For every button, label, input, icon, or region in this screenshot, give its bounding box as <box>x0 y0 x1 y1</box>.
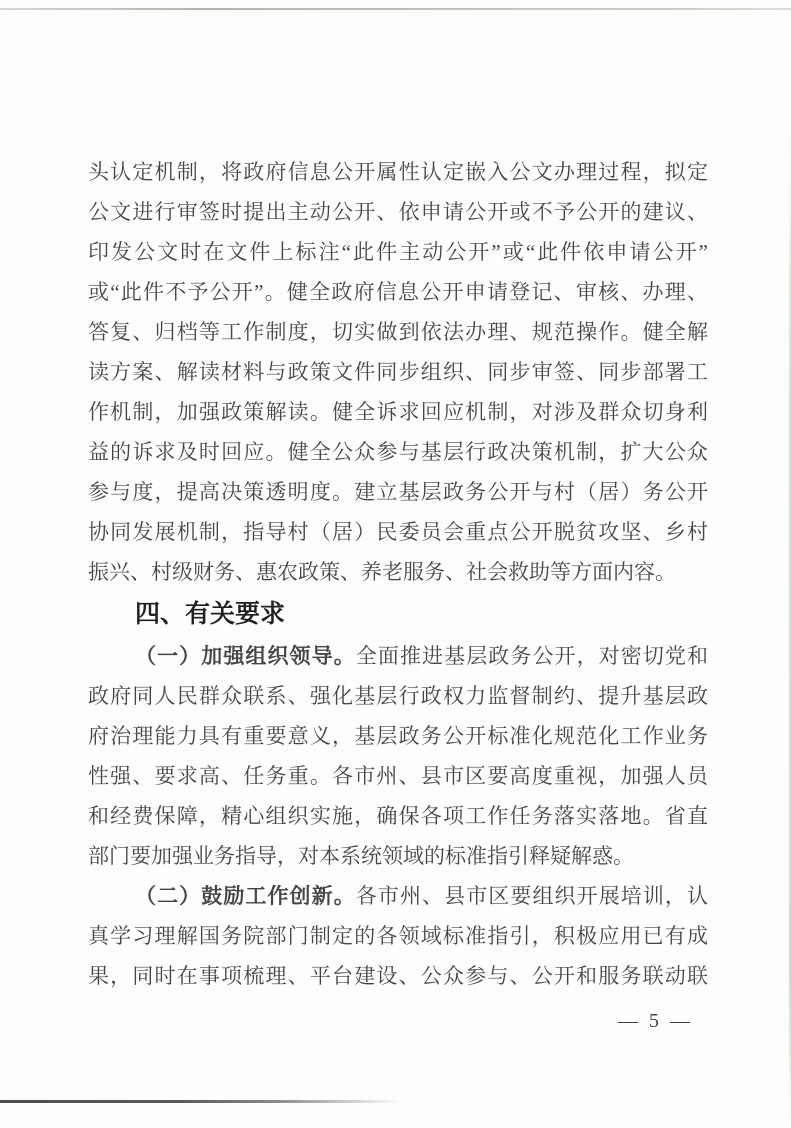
text-line: 头认定机制，将政府信息公开属性认定嵌入公文办理过程，拟定 <box>88 152 708 192</box>
text-line: 作机制，加强政策解读。健全诉求回应机制，对涉及群众切身利 <box>88 392 708 432</box>
text-line: 性强、要求高、任务重。各市州、县市区要高度重视，加强人员 <box>88 756 708 796</box>
text-line: 读方案、解读材料与政策文件同步组织、同步审签、同步部署工 <box>88 352 708 392</box>
text-line: （二）鼓励工作创新。各市州、县市区要组织开展培训，认 <box>88 876 708 916</box>
top-scan-line <box>0 8 791 10</box>
paragraph-lead: （一）加强组织领导。 <box>135 644 356 668</box>
section-heading: 四、有关要求 <box>88 594 708 634</box>
text-line: 和经费保障，精心组织实施，确保各项工作任务落实落地。省直 <box>88 796 708 836</box>
text-line: 答复、归档等工作制度，切实做到依法办理、规范操作。健全解 <box>88 312 708 352</box>
page-number: — 5 — <box>618 1006 693 1036</box>
text-line: 协同发展机制，指导村（居）民委员会重点公开脱贫攻坚、乡村 <box>88 512 708 552</box>
text-line: （一）加强组织领导。全面推进基层政务公开，对密切党和 <box>88 636 708 676</box>
text-line: 部门要加强业务指导，对本系统领域的标准指引释疑解惑。 <box>88 836 708 876</box>
document-body: 头认定机制，将政府信息公开属性认定嵌入公文办理过程，拟定 公文进行审签时提出主动… <box>88 152 708 996</box>
paragraph-text: 各市州、县市区要组织开展培训，认 <box>356 884 708 908</box>
text-line: 果，同时在事项梳理、平台建设、公众参与、公开和服务联动联 <box>88 956 708 996</box>
text-line: 益的诉求及时回应。健全公众参与基层行政决策机制，扩大公众 <box>88 432 708 472</box>
paragraph-lead: （二）鼓励工作创新。 <box>135 884 356 908</box>
text-line: 印发公文时在文件上标注“此件主动公开”或“此件依申请公开” <box>88 232 708 272</box>
paragraph-text: 全面推进基层政务公开，对密切党和 <box>356 644 708 668</box>
bottom-scan-line <box>0 1100 400 1103</box>
text-line: 或“此件不予公开”。健全政府信息公开申请登记、审核、办理、 <box>88 272 708 312</box>
scanned-document-page: 头认定机制，将政府信息公开属性认定嵌入公文办理过程，拟定 公文进行审签时提出主动… <box>0 0 791 1128</box>
text-line: 公文进行审签时提出主动公开、依申请公开或不予公开的建议、 <box>88 192 708 232</box>
text-line: 真学习理解国务院部门制定的各领域标准指引，积极应用已有成 <box>88 916 708 956</box>
text-line: 参与度，提高决策透明度。建立基层政务公开与村（居）务公开 <box>88 472 708 512</box>
text-line: 振兴、村级财务、惠农政策、养老服务、社会救助等方面内容。 <box>88 552 708 592</box>
text-line: 政府同人民群众联系、强化基层行政权力监督制约、提升基层政 <box>88 676 708 716</box>
text-line: 府治理能力具有重要意义，基层政务公开标准化规范化工作业务 <box>88 716 708 756</box>
